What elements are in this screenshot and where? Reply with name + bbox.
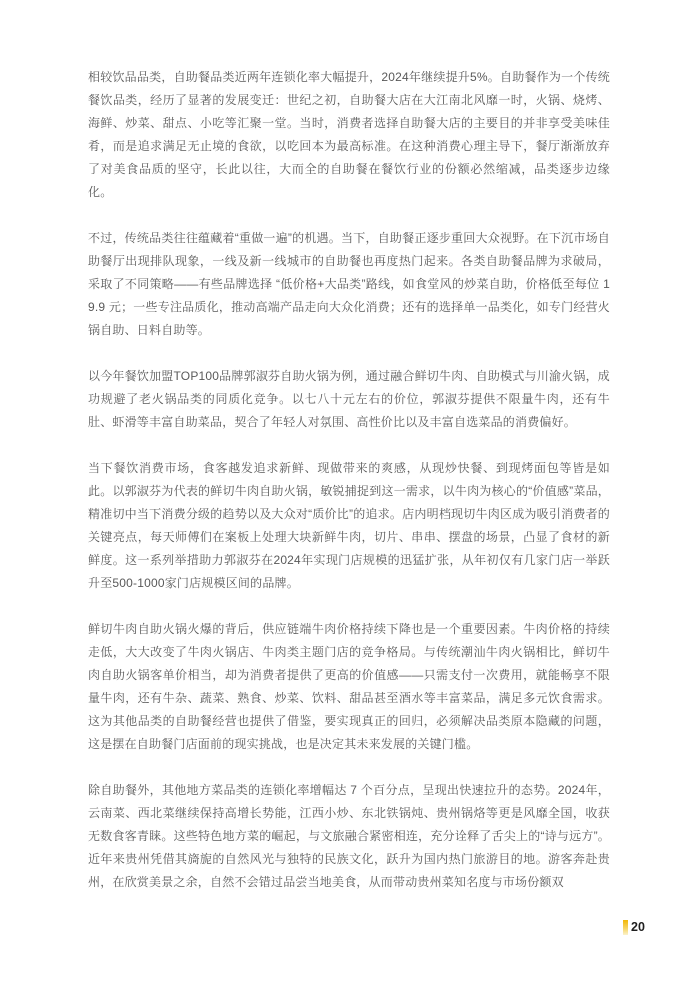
body-paragraph: 相较饮品品类，自助餐品类近两年连锁化率大幅提升，2024年继续提升5%。自助餐作… <box>88 66 610 204</box>
body-paragraph: 不过，传统品类往往蕴藏着“重做一遍”的机遇。当下，自助餐正逐步重回大众视野。在下… <box>88 227 610 342</box>
body-paragraph: 当下餐饮消费市场，食客越发追求新鲜、现做带来的爽感，从现炒快餐、到现烤面包等皆是… <box>88 457 610 595</box>
body-paragraph: 除自助餐外，其他地方菜品类的连锁化率增幅达 7 个百分点，呈现出快速拉升的态势。… <box>88 779 610 894</box>
page-number-marker <box>623 920 628 935</box>
body-paragraph: 鲜切牛肉自助火锅火爆的背后，供应链端牛肉价格持续下降也是一个重要因素。牛肉价格的… <box>88 618 610 756</box>
page-footer: 20 <box>623 920 645 935</box>
page-number: 20 <box>631 920 645 935</box>
document-page: 相较饮品品类，自助餐品类近两年连锁化率大幅提升，2024年继续提升5%。自助餐作… <box>0 0 698 982</box>
body-paragraph: 以今年餐饮加盟TOP100品牌郭淑芬自助火锅为例，通过融合鲜切牛肉、自助模式与川… <box>88 365 610 434</box>
document-body: 相较饮品品类，自助餐品类近两年连锁化率大幅提升，2024年继续提升5%。自助餐作… <box>0 0 698 894</box>
